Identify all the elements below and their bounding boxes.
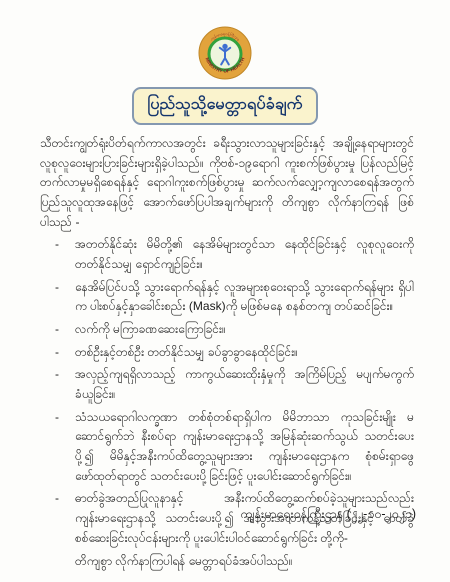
list-item-text: တစ်ဦးနှင့်တစ်ဦး တတ်နိုင်သမျှ ခပ်ခွာခွာနေ… [75,345,298,359]
bullet-marker: - [55,320,59,340]
intro-paragraph: သီတင်းကျွတ်ရုံးပိတ်ရက်ကာလအတွင်း ခရီးသွား… [40,134,414,232]
bullet-marker: - [55,278,59,298]
announcement-page: ကျန်းမာရေးဝန်ကြီးဌာန MINISTRY OF HEALTH … [0,0,450,582]
list-item: - လက်ကို မကြာခဏဆေးကြောခြင်း။ [55,320,414,340]
list-item-text: အတတ်နိုင်ဆုံး မိမိတို့၏ နေအိမ်များတွင်သာ… [75,237,414,271]
list-item-text: နေအိမ်ပြင်ပသို့ သွားရောက်ရန်နှင့် လူအမျာ… [75,280,414,314]
bullet-marker: - [55,343,59,363]
list-item: - အလှည့်ကျရရှိလာသည့် ကာကွယ်ဆေးထိုးနှံမှု… [55,365,414,404]
logo-container: ကျန်းမာရေးဝန်ကြီးဌာန MINISTRY OF HEALTH [0,0,450,80]
bullet-marker: - [55,365,59,385]
closing-line: တိကျစွာ လိုက်နာကြပါရန် မေတ္တာရပ်ခံအပ်ပါသ… [75,552,414,572]
ministry-of-health-logo-icon: ကျန်းမာရေးဝန်ကြီးဌာန MINISTRY OF HEALTH [198,26,252,80]
list-item: - တစ်ဦးနှင့်တစ်ဦး တတ်နိုင်သမျှ ခပ်ခွာခွာ… [55,343,414,363]
list-item-text: အလှည့်ကျရရှိလာသည့် ကာကွယ်ဆေးထိုးနှံမှုကိ… [75,367,414,401]
title-container: ပြည်သူသို့မေတ္တာရပ်ခံချက် [0,87,450,125]
list-item: - အတတ်နိုင်ဆုံး မိမိတို့၏ နေအိမ်များတွင်… [55,235,414,274]
bullet-marker: - [55,235,59,255]
bullet-marker: - [55,489,59,509]
signature-line: ကျန်းမာရေးဝန်ကြီးဌာန (၂၂-၁၀-၂၀၂၁) [240,507,416,525]
bullet-marker: - [55,408,59,428]
list-item: - နေအိမ်ပြင်ပသို့ သွားရောက်ရန်နှင့် လူအမ… [55,278,414,317]
guidelines-list: - အတတ်နိုင်ဆုံး မိမိတို့၏ နေအိမ်များတွင်… [55,235,414,548]
list-item: - သံသယရောဂါလက္ခဏာ တစ်စုံတစ်ရာရှိပါက မိမိ… [55,408,414,487]
list-item-text: လက်ကို မကြာခဏဆေးကြောခြင်း။ [75,322,226,336]
list-item-text: သံသယရောဂါလက္ခဏာ တစ်စုံတစ်ရာရှိပါက မိမိဘာ… [75,410,414,483]
page-title: ပြည်သူသို့မေတ္တာရပ်ခံချက် [132,87,319,125]
